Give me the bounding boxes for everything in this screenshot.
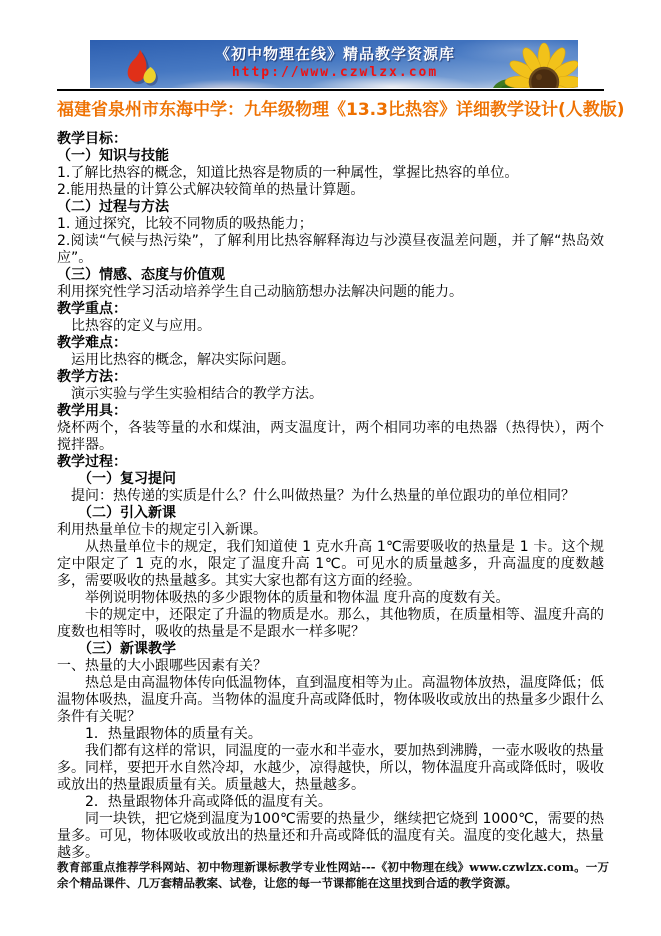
banner-site-url: http://www.czwlzx.com (190, 64, 480, 81)
section-heading: （二）引入新课 (57, 505, 604, 522)
section-heading: 教学目标： (57, 131, 604, 148)
section-heading: （三）情感、态度与价值观 (57, 267, 604, 284)
paragraph: 1. 通过探究，比较不同物质的吸热能力； (57, 216, 604, 233)
paragraph: 运用比热容的概念，解决实际问题。 (57, 352, 604, 369)
banner-text-block: 《初中物理在线》精品教学资源库 http://www.czwlzx.com (190, 44, 480, 81)
section-heading: （一）知识与技能 (57, 148, 604, 165)
section-heading: 教学方法： (57, 369, 604, 386)
divider-line (57, 89, 604, 91)
site-banner: 《初中物理在线》精品教学资源库 http://www.czwlzx.com (90, 40, 578, 88)
paragraph: 2.阅读“气候与热污染”，了解利用比热容解释海边与沙漠昼夜温差问题，并了解“热岛… (57, 233, 604, 267)
paragraph: 1.了解比热容的概念，知道比热容是物质的一种属性，掌握比热容的单位。 (57, 165, 604, 182)
paragraph: 同一块铁，把它烧到温度为100℃需要的热量少，继续把它烧到 1000℃，需要的热… (57, 811, 604, 862)
paragraph: 2.能用热量的计算公式解决较简单的热量计算题。 (57, 182, 604, 199)
paragraph: 比热容的定义与应用。 (57, 318, 604, 335)
paragraph: 利用热量单位卡的规定引入新课。 (57, 522, 604, 539)
section-heading: （二）过程与方法 (57, 199, 604, 216)
section-heading: （一）复习提问 (57, 471, 604, 488)
paragraph: 举例说明物体吸热的多少跟物体的质量和物体温 度升高的度数有关。 (57, 590, 604, 607)
paragraph: 热总是由高温物体传向低温物体，直到温度相等为止。高温物体放热，温度降低；低温物体… (57, 675, 604, 726)
page-footer: 教育部重点推荐学科网站、初中物理新课标教学专业性网站---《初中物理在线》www… (57, 860, 609, 891)
paragraph: 烧杯两个，各装等量的水和煤油，两支温度计，两个相同功率的电热器（热得快），两个搅… (57, 420, 604, 454)
paragraph: 提问：热传递的实质是什么？什么叫做热量？为什么热量的单位跟功的单位相同？ (57, 488, 604, 505)
page-title: 福建省泉州市东海中学：九年级物理《13.3比热容》详细教学设计(人教版) (57, 98, 604, 122)
paragraph: 2．热量跟物体升高或降低的温度有关。 (57, 794, 604, 811)
paragraph: 1．热量跟物体的质量有关。 (57, 726, 604, 743)
document-body: 教学目标：（一）知识与技能1.了解比热容的概念，知道比热容是物质的一种属性，掌握… (57, 131, 604, 862)
paragraph: 卡的规定中，还限定了升温的物质是水。那么，其他物质，在质量相等、温度升高的度数也… (57, 607, 604, 641)
flame-logo-icon (118, 44, 162, 88)
document-page: { "banner": { "site_name": "《初中物理在线》精品教学… (0, 0, 661, 936)
section-heading: 教学重点： (57, 301, 604, 318)
section-heading: （三）新课教学 (57, 641, 604, 658)
section-heading: 教学过程： (57, 454, 604, 471)
document-content: 《初中物理在线》精品教学资源库 http://www.czwlzx.com (57, 40, 604, 862)
sunflower-icon (486, 42, 578, 88)
paragraph: 我们都有这样的常识，同温度的一壶水和半壶水，要加热到沸腾，一壶水吸收的热量多。同… (57, 743, 604, 794)
section-heading: 教学用具： (57, 403, 604, 420)
paragraph: 一、热量的大小跟哪些因素有关？ (57, 658, 604, 675)
paragraph: 利用探究性学习活动培养学生自己动脑筋想办法解决问题的能力。 (57, 284, 604, 301)
paragraph: 从热量单位卡的规定，我们知道使 1 克水升高 1℃需要吸收的热量是 1 卡。这个… (57, 539, 604, 590)
banner-site-name: 《初中物理在线》精品教学资源库 (190, 44, 480, 64)
section-heading: 教学难点： (57, 335, 604, 352)
paragraph: 演示实验与学生实验相结合的教学方法。 (57, 386, 604, 403)
